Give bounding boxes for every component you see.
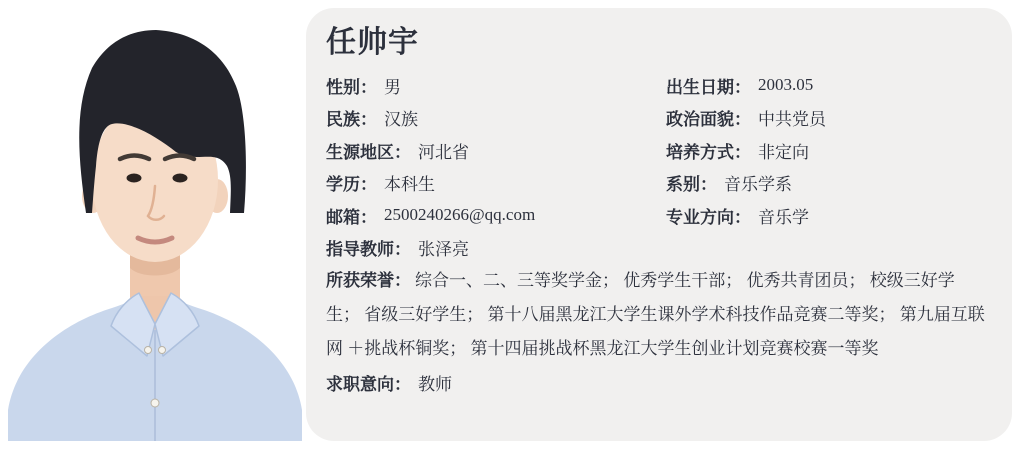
field-value: 汉族 [384, 105, 418, 130]
profile-card: 任帅宇 性别： 男 民族： 汉族 生源地区： 河北省 学历： 本科生 [0, 0, 1024, 449]
field-label: 民族： [326, 105, 377, 130]
field-value: 男 [384, 73, 401, 98]
field-advisor: 指导教师： 张泽亮 [326, 232, 666, 265]
portrait-photo [8, 8, 302, 441]
person-name: 任帅宇 [326, 24, 988, 62]
field-ethnicity: 民族： 汉族 [326, 102, 666, 135]
field-value: 中共党员 [758, 105, 826, 130]
field-label: 性别： [326, 73, 377, 98]
fields-column-left: 性别： 男 民族： 汉族 生源地区： 河北省 学历： 本科生 邮箱： 250 [326, 69, 666, 264]
email-value: 2500240266@qq.com [384, 205, 535, 225]
info-panel: 任帅宇 性别： 男 民族： 汉族 生源地区： 河北省 学历： 本科生 [306, 8, 1012, 441]
field-email: 邮箱： 2500240266@qq.com [326, 199, 666, 232]
field-birth-date: 出生日期： 2003.05 [666, 69, 988, 102]
field-training-mode: 培养方式： 非定向 [666, 134, 988, 167]
field-label: 求职意向： [326, 370, 411, 395]
fields-column-right: 出生日期： 2003.05 政治面貌： 中共党员 培养方式： 非定向 系别： 音… [666, 69, 988, 264]
fields-columns: 性别： 男 民族： 汉族 生源地区： 河北省 学历： 本科生 邮箱： 250 [326, 69, 988, 264]
field-political-status: 政治面貌： 中共党员 [666, 102, 988, 135]
field-label: 生源地区： [326, 138, 411, 163]
field-department: 系别： 音乐学系 [666, 167, 988, 200]
honors-section: 所获荣誉：综合一、二、三等奖学金； 优秀学生干部； 优秀共青团员； 校级三好学生… [326, 264, 988, 366]
field-value: 本科生 [384, 170, 435, 195]
field-label: 专业方向： [666, 203, 751, 228]
field-major: 专业方向： 音乐学 [666, 199, 988, 232]
field-value: 音乐学系 [724, 170, 792, 195]
honors-text: 综合一、二、三等奖学金； 优秀学生干部； 优秀共青团员； 校级三好学生； 省级三… [326, 271, 985, 358]
field-label: 政治面貌： [666, 105, 751, 130]
field-education: 学历： 本科生 [326, 167, 666, 200]
field-value: 音乐学 [758, 203, 809, 228]
field-value: 2003.05 [758, 75, 813, 95]
field-label: 指导教师： [326, 235, 411, 260]
field-gender: 性别： 男 [326, 69, 666, 102]
field-value: 张泽亮 [418, 235, 469, 260]
job-intention: 求职意向： 教师 [326, 366, 988, 399]
field-label: 学历： [326, 170, 377, 195]
field-label: 邮箱： [326, 203, 377, 228]
field-origin-region: 生源地区： 河北省 [326, 134, 666, 167]
field-value: 河北省 [418, 138, 469, 163]
field-value: 教师 [418, 370, 452, 395]
honors-label: 所获荣誉： [326, 271, 411, 290]
portrait-illustration [8, 8, 302, 441]
field-label: 系别： [666, 170, 717, 195]
field-value: 非定向 [758, 138, 809, 163]
field-label: 培养方式： [666, 138, 751, 163]
field-label: 出生日期： [666, 73, 751, 98]
